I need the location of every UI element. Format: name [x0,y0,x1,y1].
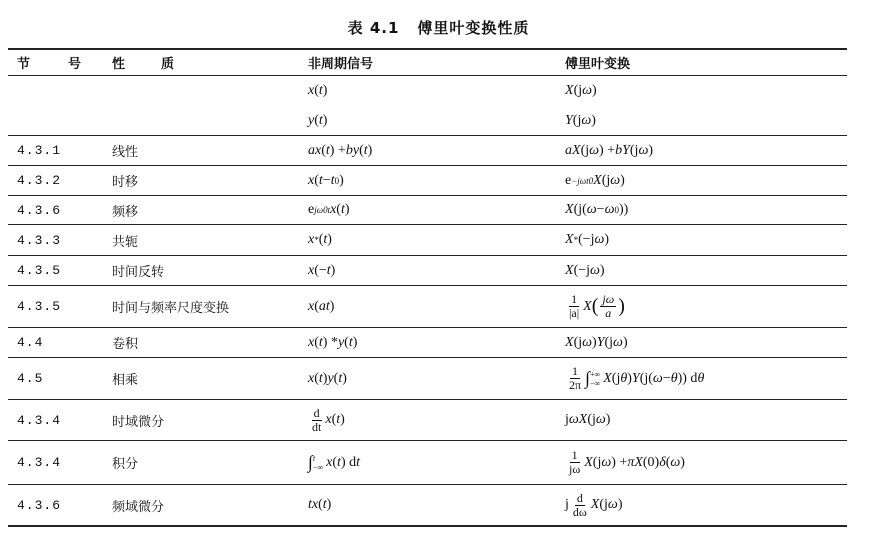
header-section: 节 号 [17,50,107,75]
signal-cell: ejω0tx(t) [308,196,558,224]
property-cell: 积分 [112,441,302,484]
signal-cell: tx(t) [308,485,558,525]
transform-cell: X*(−jω) [565,225,847,255]
section-cell: 4.3.5 [17,256,107,285]
header-aperiodic-signal: 非周期信号 [308,50,558,75]
signal-cell: x(t) * y(t) [308,328,558,357]
signal-cell: ∫t−∞x(t) dt [308,441,558,484]
signal-cell: x(at) [308,286,558,327]
section-cell: 4.3.4 [17,400,107,440]
fraction: jωa [600,293,616,320]
table-row: 4.3.6 频移 ejω0tx(t) X(j(ω − ω0)) [8,196,847,224]
transform-cell: 1jωX(jω) + πX(0)δ(ω) [565,441,847,484]
transform-cell: aX(jω) + bY(jω) [565,136,847,165]
table-row: 4.3.4 时域微分 ddtx(t) jωX(jω) [8,400,847,440]
transform-cell: jωX(jω) [565,400,847,440]
table-row: 4.3.5 时间反转 x(−t) X(−jω) [8,256,847,285]
table-row: 4.3.4 积分 ∫t−∞x(t) dt 1jωX(jω) + πX(0)δ(ω… [8,441,847,484]
table-row: x(t) X(jω) [8,76,847,106]
fraction: 1jω [567,449,582,476]
table-row: 4.3.5 时间与频率尺度变换 x(at) 1|a|X(jωa) [8,286,847,327]
signal-cell: x*(t) [308,225,558,255]
transform-cell: X(jω)Y(jω) [565,328,847,357]
signal-cell: x(−t) [308,256,558,285]
table-number: 表 4.1 [348,19,400,37]
integral-limits: t−∞ [313,454,323,472]
section-cell: 4.3.4 [17,441,107,484]
fraction: 12π [567,365,583,392]
section-cell: 4.3.5 [17,286,107,327]
signal-cell: ax(t) + by(t) [308,136,558,165]
property-cell: 时域微分 [112,400,302,440]
section-cell: 4.3.6 [17,485,107,525]
transform-cell: 12π∫+∞−∞X(jθ)Y(j(ω − θ)) dθ [565,358,847,399]
table-caption: 表 4.1傅里叶变换性质 [0,17,877,38]
section-cell: 4.3.6 [17,196,107,224]
section-cell: 4.4 [17,328,107,357]
table-row: 4.3.1 线性 ax(t) + by(t) aX(jω) + bY(jω) [8,136,847,165]
section-cell: 4.3.1 [17,136,107,165]
header-property: 性 质 [112,50,302,75]
table-row: 4.3.3 共轭 x*(t) X*(−jω) [8,225,847,255]
transform-cell: 1|a|X(jωa) [565,286,847,327]
table-row: 4.3.2 时移 x(t − t0) e−jωt0X(jω) [8,166,847,195]
signal-cell: ddtx(t) [308,400,558,440]
table-row: 4.3.6 频域微分 tx(t) j ddωX(jω) [8,485,847,525]
header-property-char: 性 [112,53,125,72]
signal-cell: x(t) [308,76,558,106]
fraction: ddω [571,492,589,519]
property-cell: 卷积 [112,328,302,357]
bottom-rule [8,525,847,527]
property-cell: 时移 [112,166,302,195]
header-section-char: 节 [17,53,30,72]
signal-cell: x(t − t0) [308,166,558,195]
transform-cell: X(jω) [565,76,847,106]
property-cell: 时间与频率尺度变换 [112,286,302,327]
transform-cell: X(j(ω − ω0)) [565,196,847,224]
property-cell: 共轭 [112,225,302,255]
transform-cell: Y(jω) [565,106,847,135]
table-title: 傅里叶变换性质 [417,19,529,37]
integral-limits: +∞−∞ [590,370,600,388]
header-row: 节 号 性 质 非周期信号 傅里叶变换 [8,50,847,75]
section-cell: 4.3.2 [17,166,107,195]
signal-cell: x(t)y(t) [308,358,558,399]
property-cell: 频移 [112,196,302,224]
header-section-char: 号 [68,53,81,72]
signal-cell: y(t) [308,106,558,135]
table-row: y(t) Y(jω) [8,106,847,135]
fraction: ddt [310,407,323,434]
fraction: 1|a| [567,293,581,320]
property-cell: 线性 [112,136,302,165]
section-cell: 4.3.3 [17,225,107,255]
transform-cell: j ddωX(jω) [565,485,847,525]
property-cell: 频域微分 [112,485,302,525]
header-fourier-transform: 傅里叶变换 [565,50,847,75]
header-property-char: 质 [161,53,174,72]
section-cell: 4.5 [17,358,107,399]
transform-cell: e−jωt0X(jω) [565,166,847,195]
transform-cell: X(−jω) [565,256,847,285]
table-row: 4.4 卷积 x(t) * y(t) X(jω)Y(jω) [8,328,847,357]
property-cell: 时间反转 [112,256,302,285]
table-row: 4.5 相乘 x(t)y(t) 12π∫+∞−∞X(jθ)Y(j(ω − θ))… [8,358,847,399]
property-cell: 相乘 [112,358,302,399]
